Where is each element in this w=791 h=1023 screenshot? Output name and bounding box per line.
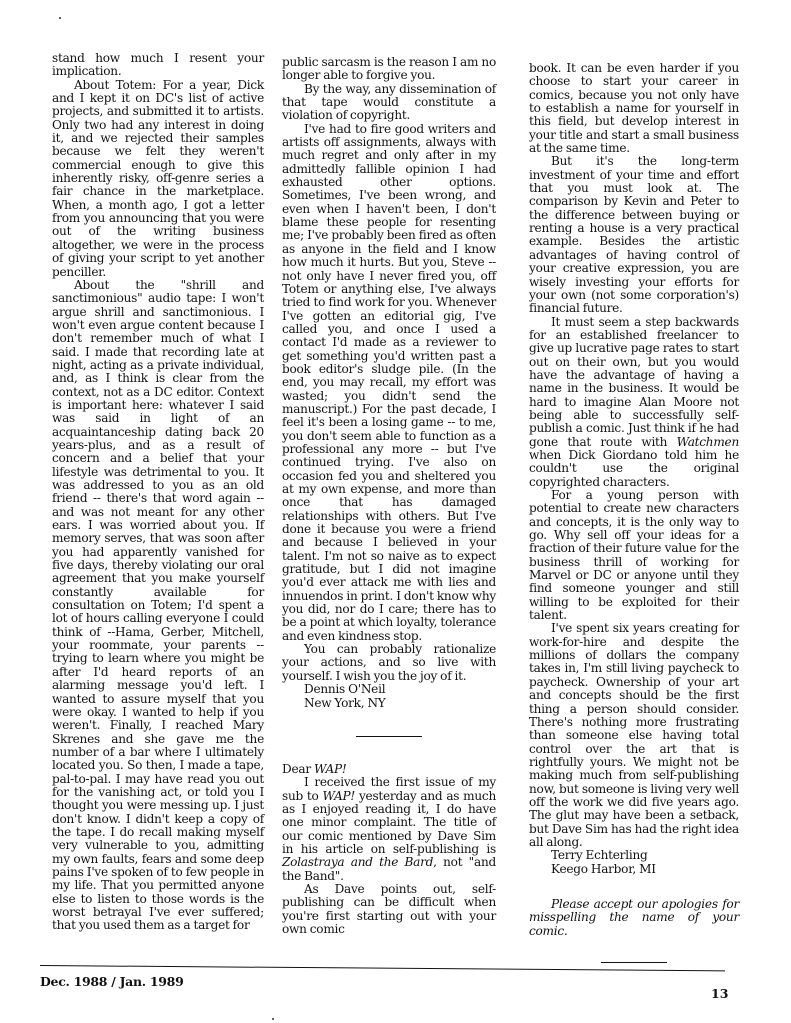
text: when Dick Giordano told him he couldn't … <box>529 448 739 489</box>
letter1-paragraph: You can probably rationalize your action… <box>282 643 496 683</box>
editor-reply: Please accept our apologies for misspell… <box>529 898 739 938</box>
magazine-title: WAP! <box>322 789 355 803</box>
letter1-paragraph: By the way, any dissemination of that ta… <box>282 83 496 123</box>
letter1-paragraph: public sarcasm is the reason I am no lon… <box>282 56 496 83</box>
letter2-signature: Terry Echterling Keego Harbor, MI <box>529 849 739 876</box>
issue-date: Dec. 1988 / Jan. 1989 <box>40 974 183 989</box>
letter1-paragraph: About Totem: For a year, Dick and I kept… <box>52 79 264 279</box>
scan-speck <box>272 1018 274 1020</box>
column-3: book. It can be even harder if you choos… <box>529 62 739 963</box>
letter-separator-rule <box>356 736 422 737</box>
letter2-paragraph: book. It can be even harder if you choos… <box>529 62 739 155</box>
salutation-text: Dear <box>282 762 314 776</box>
letter1-paragraph: stand how much I resent your implication… <box>52 52 264 79</box>
letter1-paragraph: About the "shrill and sanctimonious" aud… <box>52 279 264 933</box>
magazine-title: WAP! <box>314 762 347 776</box>
letter-separator-rule <box>601 962 667 963</box>
comic-title: Watchmen <box>677 435 739 449</box>
signature-name: Terry Echterling <box>551 849 739 862</box>
column-2: public sarcasm is the reason I am no lon… <box>282 56 496 936</box>
letter2-paragraph: As Dave points out, self-publishing can … <box>282 883 496 936</box>
letter2-paragraph: It must seem a step backwards for an est… <box>529 316 739 489</box>
signature-location: Keego Harbor, MI <box>551 863 739 876</box>
letter2-salutation: Dear WAP! <box>282 763 496 776</box>
letter2-paragraph: I've spent six years creating for work-f… <box>529 622 739 849</box>
column-1: stand how much I resent your implication… <box>52 52 264 933</box>
letter2-paragraph: For a young person with potential to cre… <box>529 489 739 622</box>
letter1-signature: Dennis O'Neil New York, NY <box>282 683 496 710</box>
signature-name: Dennis O'Neil <box>304 683 496 696</box>
letter2-paragraph: But it's the long-term investment of you… <box>529 155 739 315</box>
letter2-paragraph: I received the first issue of my sub to … <box>282 776 496 883</box>
page-number: 13 <box>711 986 728 1001</box>
letter1-paragraph: I've had to fire good writers and artist… <box>282 123 496 643</box>
text: It must seem a step backwards for an est… <box>529 315 739 449</box>
signature-location: New York, NY <box>304 697 496 710</box>
magazine-page: stand how much I resent your implication… <box>0 0 791 1023</box>
comic-title: Zolastraya and the Bard <box>282 855 433 869</box>
scan-speck <box>59 17 61 19</box>
footer-rule <box>40 965 725 971</box>
